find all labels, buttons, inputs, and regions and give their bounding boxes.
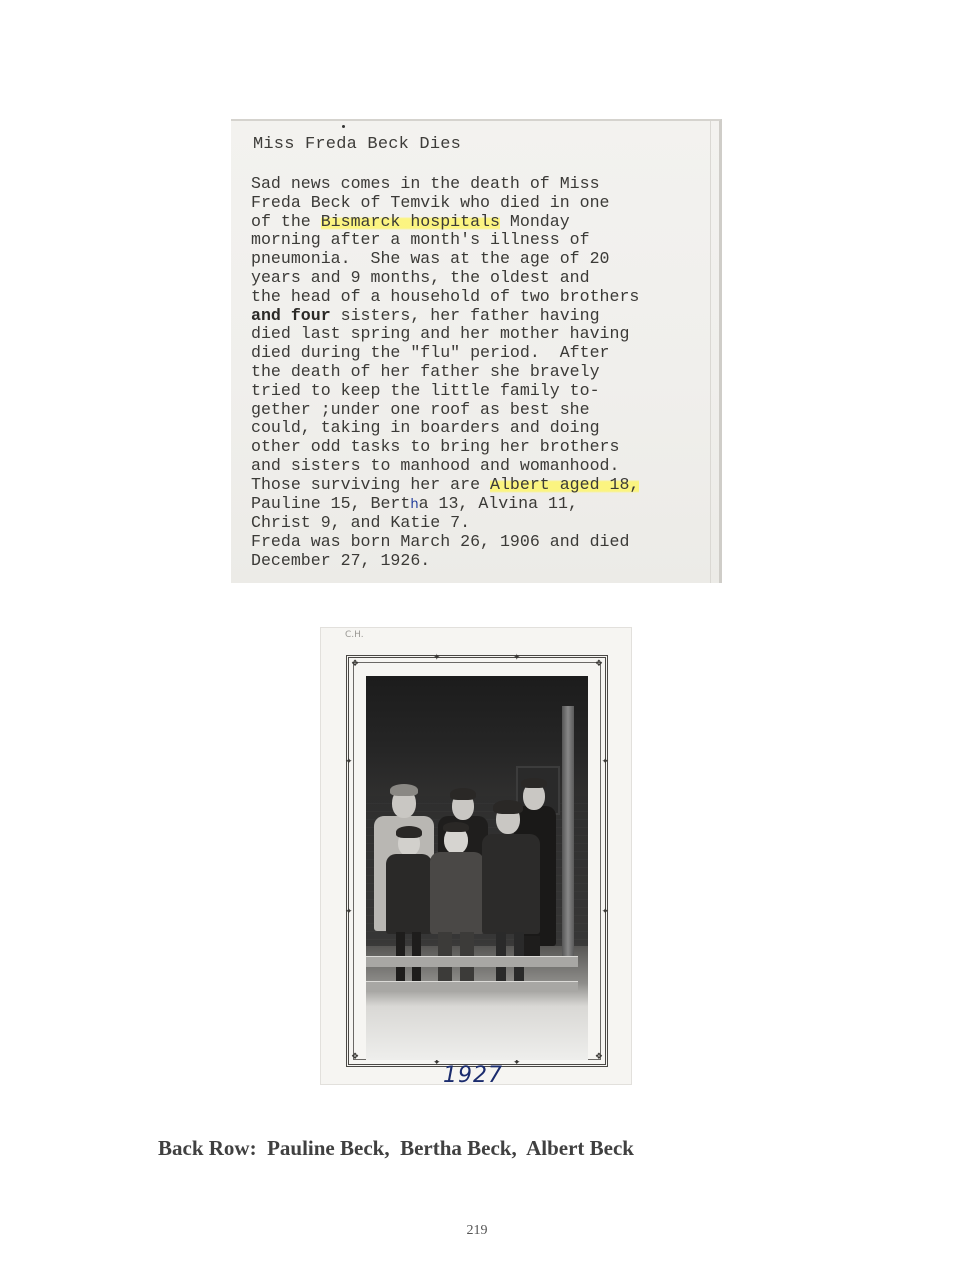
corner-ornament-icon: ❖ — [595, 1053, 603, 1062]
clipping-line: died last spring and her mother having — [251, 325, 711, 344]
photo-initials: C.H. — [345, 630, 364, 640]
porch-step — [366, 956, 578, 967]
clipping-line: the head of a household of two brothers — [251, 288, 711, 307]
clipping-text: Pauline 15, Bert — [251, 494, 410, 513]
clipping-line: and sisters to manhood and womanhood. — [251, 457, 711, 476]
clipping-text: Christ 9, and Katie 7. — [251, 513, 470, 532]
clipping-line: other odd tasks to bring her brothers — [251, 438, 711, 457]
newspaper-clipping: Miss Freda Beck Dies Sad news comes in t… — [231, 119, 722, 583]
clipping-text: and sisters to manhood and womanhood. — [251, 456, 619, 475]
clipping-text: pneumonia. She was at the age of 20 — [251, 249, 609, 268]
corner-ornament-icon: ❖ — [351, 660, 359, 669]
clipping-text: other odd tasks to bring her brothers — [251, 437, 619, 456]
clipping-text: a 13, Alvina 11, — [419, 494, 578, 513]
clipping-line: Those surviving her are Albert aged 18, — [251, 476, 711, 495]
clipping-line: December 27, 1926. — [251, 552, 711, 571]
clipping-text: Freda was born March 26, 1906 and died — [251, 532, 629, 551]
photo-caption: Back Row: Pauline Beck, Bertha Beck, Alb… — [158, 1136, 634, 1161]
clipping-text: December 27, 1926. — [251, 551, 430, 570]
page-number: 219 — [0, 1223, 954, 1239]
clipping-text: Sad news comes in the death of Miss — [251, 174, 600, 193]
clipping-text: tried to keep the little family to- — [251, 381, 600, 400]
corner-ornament-icon: ❖ — [351, 1053, 359, 1062]
porch-step — [366, 981, 578, 992]
border-ornament-icon: ✦ — [601, 758, 609, 767]
clipping-body: Sad news comes in the death of MissFreda… — [251, 175, 711, 571]
clipping-line: Freda was born March 26, 1906 and died — [251, 533, 711, 552]
handwritten-accent-mark — [342, 125, 345, 128]
border-ornament-icon: ✦ — [345, 758, 353, 767]
overtyped-text: and four — [251, 306, 331, 325]
clipping-line: years and 9 months, the oldest and — [251, 269, 711, 288]
corner-ornament-icon: ❖ — [595, 660, 603, 669]
clipping-line: Sad news comes in the death of Miss — [251, 175, 711, 194]
border-ornament-icon: ✦ — [433, 1059, 441, 1068]
clipping-text: could, taking in boarders and doing — [251, 418, 600, 437]
clipping-text: years and 9 months, the oldest and — [251, 268, 590, 287]
clipping-text: died last spring and her mother having — [251, 324, 629, 343]
border-ornament-icon: ✦ — [601, 908, 609, 917]
clipping-text: of the — [251, 212, 321, 231]
clipping-text: Monday — [500, 212, 570, 231]
clipping-line: could, taking in boarders and doing — [251, 419, 711, 438]
border-ornament-icon: ✦ — [433, 654, 441, 663]
clipping-text: gether ;under one roof as best she — [251, 400, 590, 419]
border-ornament-icon: ✦ — [513, 654, 521, 663]
highlighted-text: Albert aged 18, — [490, 475, 639, 494]
clipping-text: the death of her father she bravely — [251, 362, 600, 381]
clipping-line: the death of her father she bravely — [251, 363, 711, 382]
clipping-line: morning after a month's illness of — [251, 231, 711, 250]
border-ornament-icon: ✦ — [345, 908, 353, 917]
clipping-line: gether ;under one roof as best she — [251, 401, 711, 420]
clipping-text: the head of a household of two brothers — [251, 287, 639, 306]
handwritten-correction: h — [410, 497, 418, 512]
porch-pillar — [562, 706, 574, 956]
clipping-line: died during the "flu" period. After — [251, 344, 711, 363]
highlighted-text: Bismarck hospitals — [321, 212, 500, 231]
family-photograph: C.H. ❖ ❖ ❖ ❖ ✦ ✦ ✦ ✦ ✦ ✦ ✦ ✦ — [320, 627, 632, 1085]
border-ornament-icon: ✦ — [513, 1059, 521, 1068]
clipping-line: Pauline 15, Bertha 13, Alvina 11, — [251, 495, 711, 515]
handwritten-year: 1927 — [443, 1063, 503, 1088]
clipping-line: pneumonia. She was at the age of 20 — [251, 250, 711, 269]
clipping-line: and four sisters, her father having — [251, 307, 711, 326]
clipping-text: morning after a month's illness of — [251, 230, 590, 249]
clipping-line: of the Bismarck hospitals Monday — [251, 213, 711, 232]
clipping-text: died during the "flu" period. After — [251, 343, 609, 362]
photo-image — [366, 676, 588, 1060]
clipping-title: Miss Freda Beck Dies — [253, 135, 461, 154]
clipping-line: Freda Beck of Temvik who died in one — [251, 194, 711, 213]
clipping-line: tried to keep the little family to- — [251, 382, 711, 401]
clipping-text: Freda Beck of Temvik who died in one — [251, 193, 609, 212]
clipping-text: sisters, her father having — [331, 306, 600, 325]
clipping-line: Christ 9, and Katie 7. — [251, 514, 711, 533]
clipping-text: Those surviving her are — [251, 475, 490, 494]
